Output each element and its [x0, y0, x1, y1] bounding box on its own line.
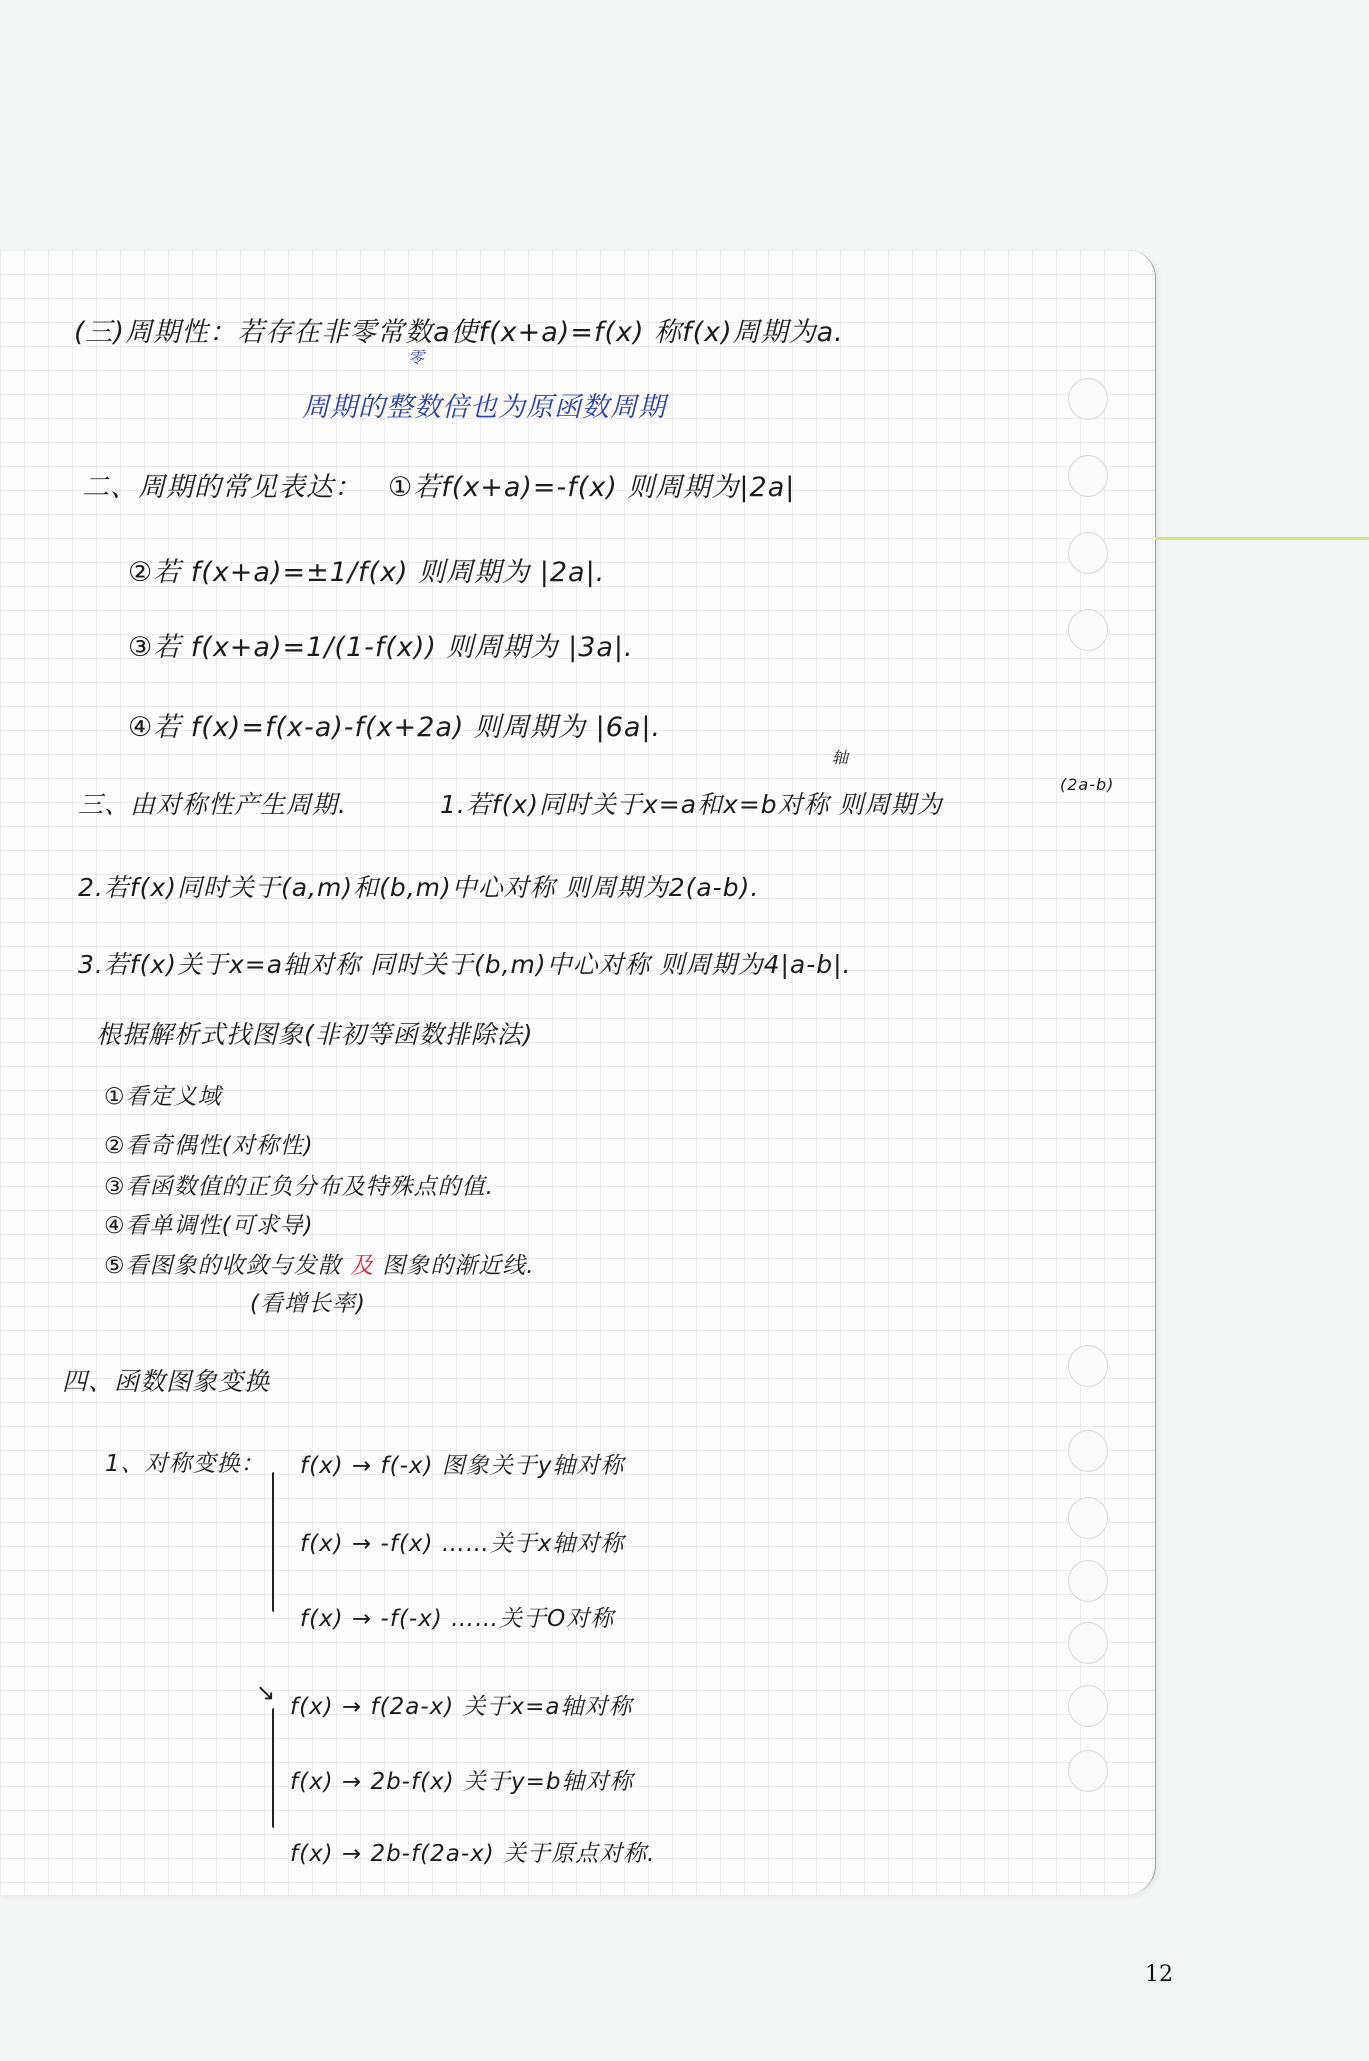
graph-step-5-tail: 图象的渐近线.	[382, 1253, 534, 1279]
ring-hole-3	[1068, 532, 1108, 574]
ring-hole-2	[1068, 455, 1108, 497]
symmetry-item-2: 2.若f(x)同时关于(a,m)和(b,m)中心对称 则周期为2(a-b).	[78, 868, 759, 904]
brace-group-2	[272, 1708, 274, 1828]
transform-g1-2: f(x) → -f(x) ……关于x轴对称	[300, 1525, 624, 1558]
graph-step-1: ①看定义域	[104, 1078, 222, 1111]
graph-step-5-note: (看增长率)	[250, 1285, 366, 1318]
common-form-4: ④若 f(x)=f(x-a)-f(x+2a) 则周期为 |6a|.	[128, 705, 661, 744]
ring-hole-11	[1068, 1750, 1108, 1792]
ring-hole-1	[1068, 378, 1108, 420]
page-number: 12	[1145, 1962, 1173, 1987]
common-form-1: ①若f(x+a)=-f(x) 则周期为|2a|	[388, 465, 795, 504]
graph-step-5-text: ⑤看图象的收敛与发散	[104, 1253, 342, 1279]
common-form-3: ③若 f(x+a)=1/(1-f(x)) 则周期为 |3a|.	[128, 625, 634, 664]
common-forms-heading: 二、周期的常见表达：	[82, 465, 362, 504]
periodicity-definition: (三)周期性：若存在非零常数a使f(x+a)=f(x) 称f(x)周期为a.	[74, 310, 844, 349]
highlight-line	[1155, 537, 1369, 540]
graph-step-4: ④看单调性(可求导)	[104, 1207, 314, 1240]
red-insert: 及	[350, 1253, 374, 1279]
period-annotation: (2a-b)	[1060, 775, 1114, 794]
transform-g1-1: f(x) → f(-x) 图象关于y轴对称	[300, 1447, 624, 1480]
graph-step-2: ②看奇偶性(对称性)	[104, 1127, 314, 1160]
symmetry-heading: 三、由对称性产生周期.	[78, 785, 347, 821]
graph-method-heading: 根据解析式找图象(非初等函数排除法)	[96, 1015, 534, 1051]
ring-hole-8	[1068, 1560, 1108, 1602]
symmetry-item-3: 3.若f(x)关于x=a轴对称 同时关于(b,m)中心对称 则周期为4|a-b|…	[78, 945, 852, 981]
ring-hole-5	[1068, 1345, 1108, 1387]
common-form-2: ②若 f(x+a)=±1/f(x) 则周期为 |2a|.	[128, 550, 605, 589]
ring-hole-9	[1068, 1622, 1108, 1664]
ring-hole-4	[1068, 609, 1108, 651]
transform-g1-3: f(x) → -f(-x) ……关于O对称	[300, 1600, 614, 1633]
insert-mark: 零	[408, 345, 425, 368]
symmetry-item-1: 1.若f(x)同时关于x=a和x=b对称 则周期为	[440, 785, 943, 821]
graph-step-3: ③看函数值的正负分布及特殊点的值.	[104, 1168, 494, 1201]
ring-hole-7	[1068, 1497, 1108, 1539]
symmetry-transform-label: 1、对称变换：	[105, 1445, 265, 1478]
transform-g2-2: f(x) → 2b-f(x) 关于y=b轴对称	[290, 1763, 634, 1796]
transform-g2-1: f(x) → f(2a-x) 关于x=a轴对称	[290, 1688, 633, 1721]
transform-g2-3: f(x) → 2b-f(2a-x) 关于原点对称.	[290, 1835, 655, 1868]
brace-group-1	[272, 1472, 274, 1612]
arrow-mark: ↘	[256, 1680, 276, 1706]
blue-note: 周期的整数倍也为原函数周期	[302, 385, 666, 424]
axis-annotation: 轴	[832, 745, 849, 768]
transform-heading: 四、函数图象变换	[62, 1362, 270, 1398]
ring-hole-6	[1068, 1430, 1108, 1472]
ring-hole-10	[1068, 1685, 1108, 1727]
graph-step-5: ⑤看图象的收敛与发散 及 图象的渐近线.	[104, 1247, 535, 1280]
